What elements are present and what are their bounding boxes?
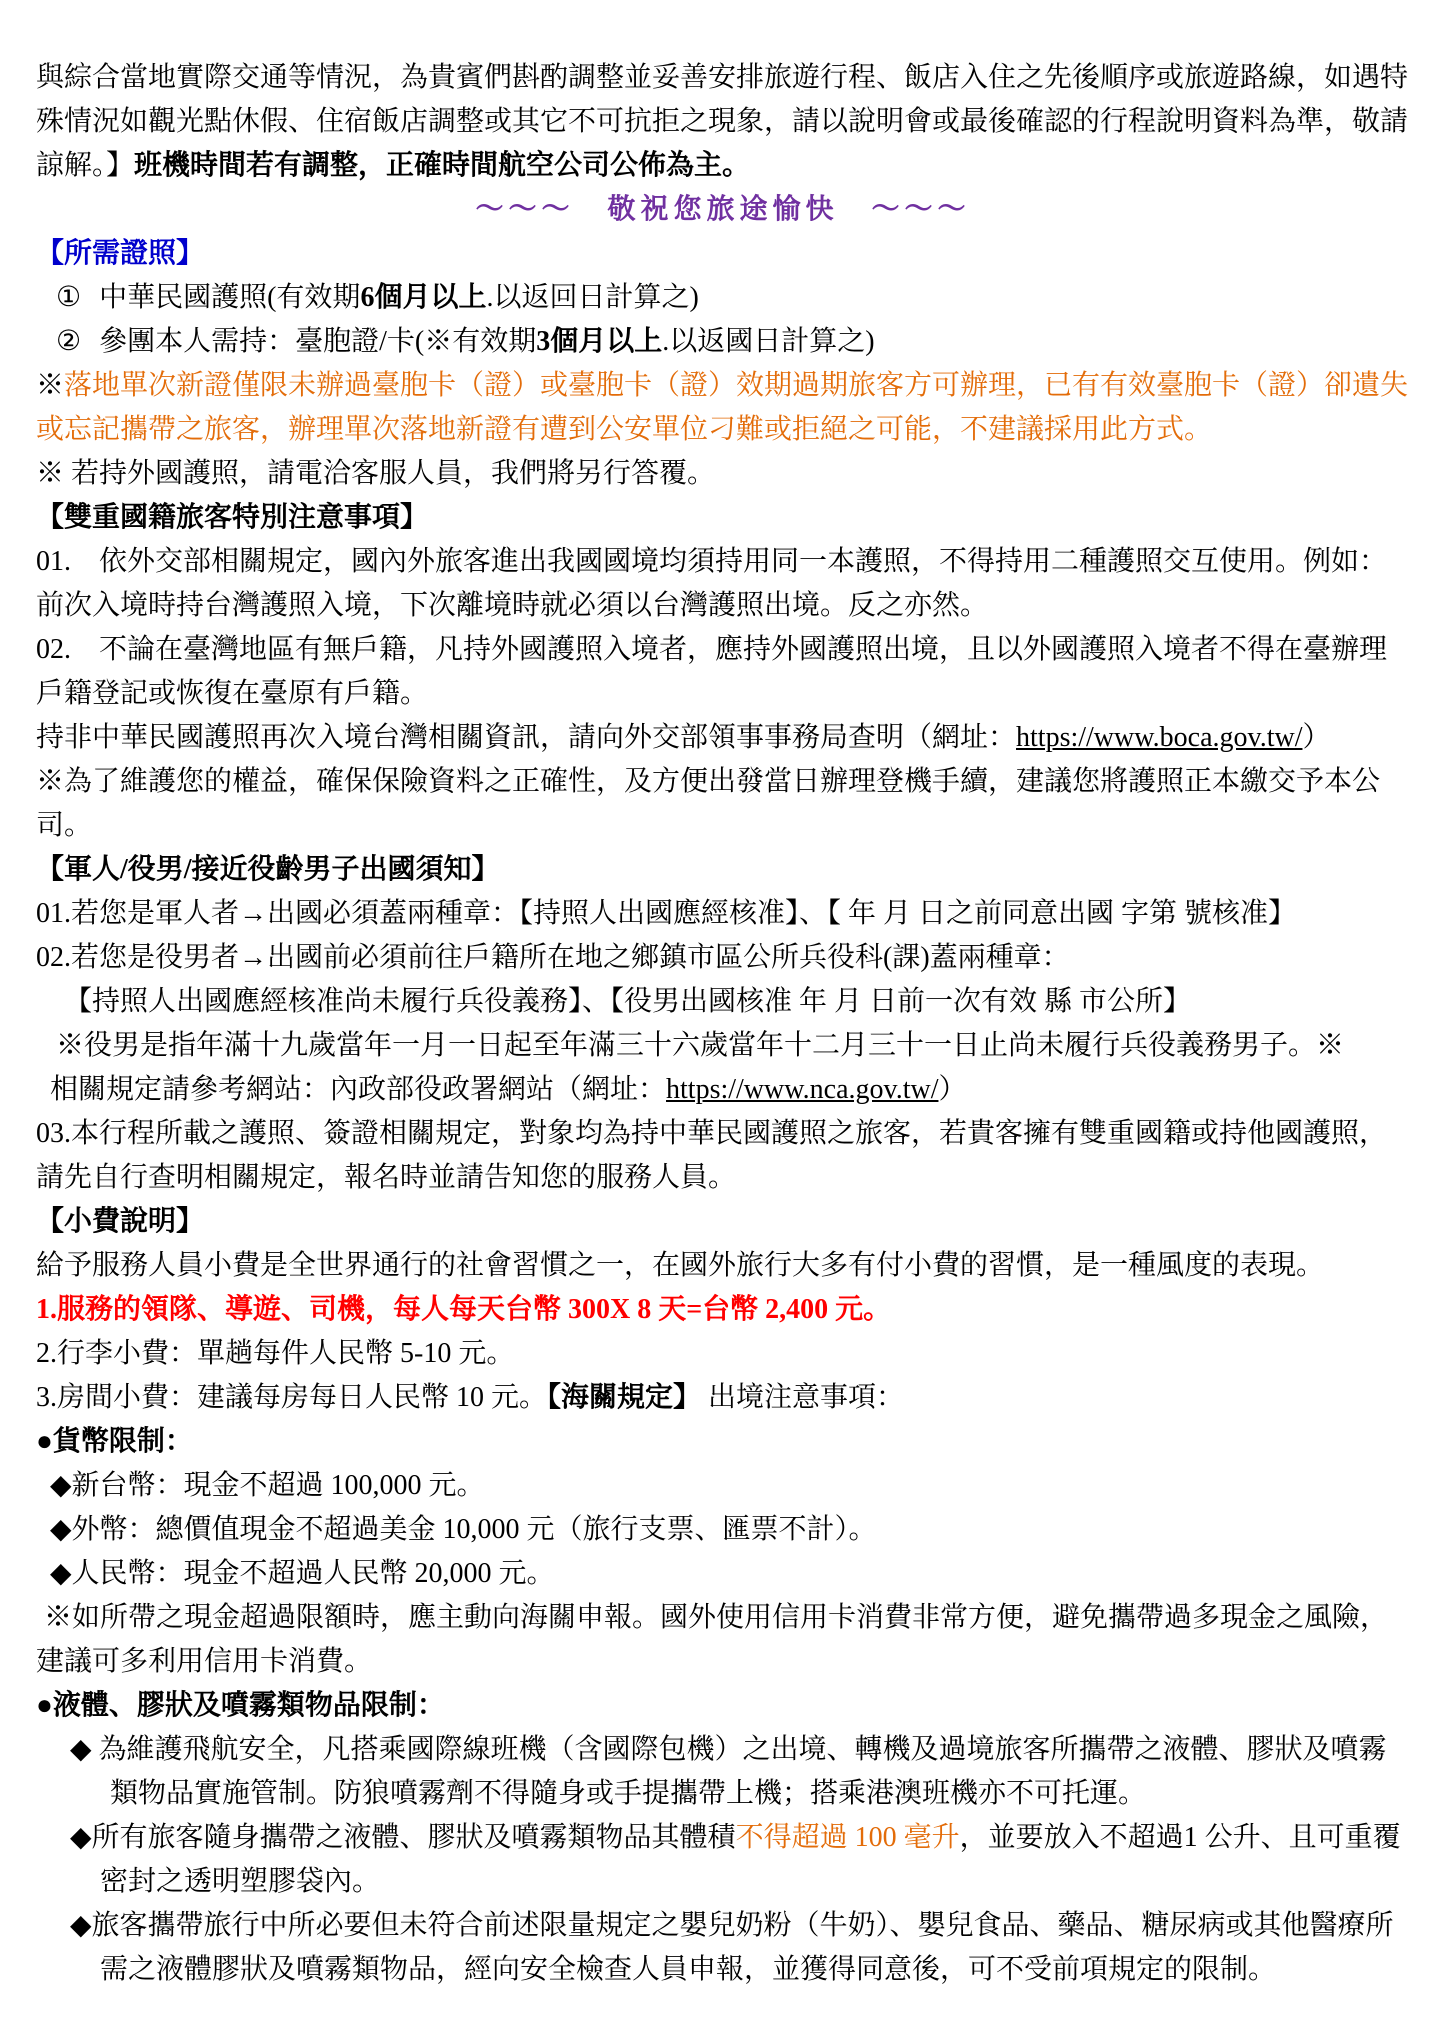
currency-item-rmb: ◆人民幣：現金不超過人民幣 20,000 元。 <box>36 1552 1410 1596</box>
military-item-01: 01.若您是軍人者→出國必須蓋兩種章：【持照人出國應經核准】、【 年 月 日之前… <box>36 892 1410 936</box>
customs-rules-label: 【海關規定】 <box>547 1382 701 1413</box>
section-heading-currency-limit: ●貨幣限制： <box>36 1420 1410 1464</box>
foreign-passport-note: ※ 若持外國護照，請電洽客服人員，我們將另行答覆。 <box>36 452 1410 496</box>
liquids-item-1: ◆ 為維護飛航安全，凡搭乘國際線班機（含國際包機）之出境、轉機及過境旅客所攜帶之… <box>36 1728 1410 1816</box>
military-stamps-line: 【持照人出國應經核准尚未履行兵役義務】、【役男出國核准 年 月 日前一次有效 縣… <box>36 980 1410 1024</box>
liquids-item-1-text: 為維護飛航安全，凡搭乘國際線班機（含國際包機）之出境、轉機及過境旅客所攜帶之液體… <box>92 1734 1387 1809</box>
currency-item-twd: ◆新台幣：現金不超過 100,000 元。 <box>36 1464 1410 1508</box>
boca-info-pre: 持非中華民國護照再次入境台灣相關資訊，請向外交部領事事務局查明（網址： <box>36 722 1016 753</box>
nca-ref-pre: 相關規定請參考網站：內政部役政署網站（網址： <box>50 1074 666 1105</box>
bullet-diamond-icon: ◆ <box>50 1558 72 1589</box>
passport-item-2-validity: 3個月以上 <box>536 326 662 357</box>
nca-link[interactable]: https://www.nca.gov.tw/ <box>666 1074 938 1105</box>
dual-nationality-item-01: 01. 依外交部相關規定，國內外旅客進出我國國境均須持用同一本護照，不得持用二種… <box>36 540 1410 628</box>
liquids-item-2: ◆所有旅客隨身攜帶之液體、膠狀及噴霧類物品其體積不得超過 100 毫升，並要放入… <box>36 1816 1410 1904</box>
bullet-circle-icon: ● <box>36 1426 53 1457</box>
travel-notice-document: 與綜合當地實際交通等情況，為貴賓們斟酌調整並妥善安排旅遊行程、飯店入住之先後順序… <box>0 0 1440 1992</box>
tips-item-1: 1.服務的領隊、導遊、司機，每人每天台幣 300X 8 天=台幣 2,400 元… <box>36 1288 1410 1332</box>
greeting-line: ～～～ 敬祝您旅途愉快 ～～～ <box>36 188 1410 232</box>
currency-item-rmb-text: 人民幣：現金不超過人民幣 20,000 元。 <box>72 1558 555 1589</box>
currency-item-foreign-text: 外幣：總價值現金不超過美金 10,000 元（旅行支票、匯票不計）。 <box>72 1514 877 1545</box>
passport-item-1-post: .以返回日計算之) <box>486 282 698 313</box>
liquids-item-3-text: 旅客攜帶旅行中所必要但未符合前述限量規定之嬰兒奶粉（牛奶）、嬰兒食品、藥品、糖尿… <box>92 1910 1394 1985</box>
intro-bold-tail: 班機時間若有調整，正確時間航空公司公佈為主。 <box>134 150 750 181</box>
tips-item-3-post: 出境注意事項： <box>701 1382 904 1413</box>
bullet-diamond-icon: ◆ <box>70 1734 92 1765</box>
bullet-diamond-icon: ◆ <box>50 1514 72 1545</box>
section-heading-liquids-limit: ●液體、膠狀及噴霧類物品限制： <box>36 1684 1410 1728</box>
passport-item-1-validity: 6個月以上 <box>360 282 486 313</box>
bullet-diamond-icon: ◆ <box>70 1822 92 1853</box>
liquids-volume-limit: 不得超過 100 毫升 <box>736 1822 960 1853</box>
tips-item-3-pre: 3.房間小費：建議每房每日人民幣 10 元。 <box>36 1382 547 1413</box>
liquids-item-3: ◆旅客攜帶旅行中所必要但未符合前述限量規定之嬰兒奶粉（牛奶）、嬰兒食品、藥品、糖… <box>36 1904 1410 1992</box>
intro-paragraph: 與綜合當地實際交通等情況，為貴賓們斟酌調整並妥善安排旅遊行程、飯店入住之先後順序… <box>36 56 1410 188</box>
boca-info-post: ） <box>1302 722 1330 753</box>
currency-over-limit-note: ※如所帶之現金超過限額時，應主動向海關申報。國外使用信用卡消費非常方便，避免攜帶… <box>36 1596 1410 1684</box>
boca-info-line: 持非中華民國護照再次入境台灣相關資訊，請向外交部領事事務局查明（網址：https… <box>36 716 1410 760</box>
military-item-03: 03.本行程所載之護照、簽證相關規定，對象均為持中華民國護照之旅客，若貴客擁有雙… <box>36 1112 1410 1200</box>
insurance-passport-note: ※為了維護您的權益，確保保險資料之正確性，及方便出發當日辦理登機手續，建議您將護… <box>36 760 1410 848</box>
nca-ref-post: ） <box>938 1074 966 1105</box>
passport-item-2-post: .以返國日計算之) <box>662 326 874 357</box>
currency-item-twd-text: 新台幣：現金不超過 100,000 元。 <box>72 1470 485 1501</box>
landing-permit-warning: ※落地單次新證僅限未辦過臺胞卡（證）或臺胞卡（證）效期過期旅客方可辦理，已有有效… <box>36 364 1410 452</box>
section-heading-dual-nationality: 【雙重國籍旅客特別注意事項】 <box>36 496 1410 540</box>
passport-item-2-pre: 參團本人需持：臺胞證/卡(※有效期 <box>99 326 536 357</box>
passport-item-1: ①中華民國護照(有效期6個月以上.以返回日計算之) <box>36 276 1410 320</box>
draftee-definition-note: ※役男是指年滿十九歲當年一月一日起至年滿三十六歲當年十二月三十一日止尚未履行兵役… <box>36 1024 1410 1068</box>
landing-permit-warning-text: 落地單次新證僅限未辦過臺胞卡（證）或臺胞卡（證）效期過期旅客方可辦理，已有有效臺… <box>36 370 1408 445</box>
currency-limit-heading-text: 貨幣限制： <box>53 1426 193 1457</box>
tips-intro: 給予服務人員小費是全世界通行的社會習慣之一，在國外旅行大多有付小費的習慣，是一種… <box>36 1244 1410 1288</box>
bullet-circle-icon: ● <box>36 1690 53 1721</box>
military-item-02: 02.若您是役男者→出國前必須前往戶籍所在地之鄉鎮市區公所兵役科(課)蓋兩種章： <box>36 936 1410 980</box>
section-heading-tips: 【小費說明】 <box>36 1200 1410 1244</box>
passport-item-2: ②參團本人需持：臺胞證/卡(※有效期3個月以上.以返國日計算之) <box>36 320 1410 364</box>
circled-number-1: ① <box>56 282 81 313</box>
tips-item-2: 2.行李小費：單趟每件人民幣 5-10 元。 <box>36 1332 1410 1376</box>
nca-ref-line: 相關規定請參考網站：內政部役政署網站（網址：https://www.nca.go… <box>36 1068 1410 1112</box>
passport-item-1-pre: 中華民國護照(有效期 <box>99 282 360 313</box>
bullet-diamond-icon: ◆ <box>50 1470 72 1501</box>
currency-item-foreign: ◆外幣：總價值現金不超過美金 10,000 元（旅行支票、匯票不計）。 <box>36 1508 1410 1552</box>
section-heading-passports: 【所需證照】 <box>36 232 1410 276</box>
section-heading-military: 【軍人/役男/接近役齡男子出國須知】 <box>36 848 1410 892</box>
tips-item-3: 3.房間小費：建議每房每日人民幣 10 元。【海關規定】 出境注意事項： <box>36 1376 1410 1420</box>
boca-link[interactable]: https://www.boca.gov.tw/ <box>1016 722 1302 753</box>
circled-number-2: ② <box>56 326 81 357</box>
liquids-limit-heading-text: 液體、膠狀及噴霧類物品限制： <box>53 1690 445 1721</box>
bullet-diamond-icon: ◆ <box>70 1910 92 1941</box>
liquids-item-2-pre: 所有旅客隨身攜帶之液體、膠狀及噴霧類物品其體積 <box>92 1822 736 1853</box>
dual-nationality-item-02: 02. 不論在臺灣地區有無戶籍，凡持外國護照入境者，應持外國護照出境，且以外國護… <box>36 628 1410 716</box>
reference-mark: ※ <box>36 370 64 401</box>
